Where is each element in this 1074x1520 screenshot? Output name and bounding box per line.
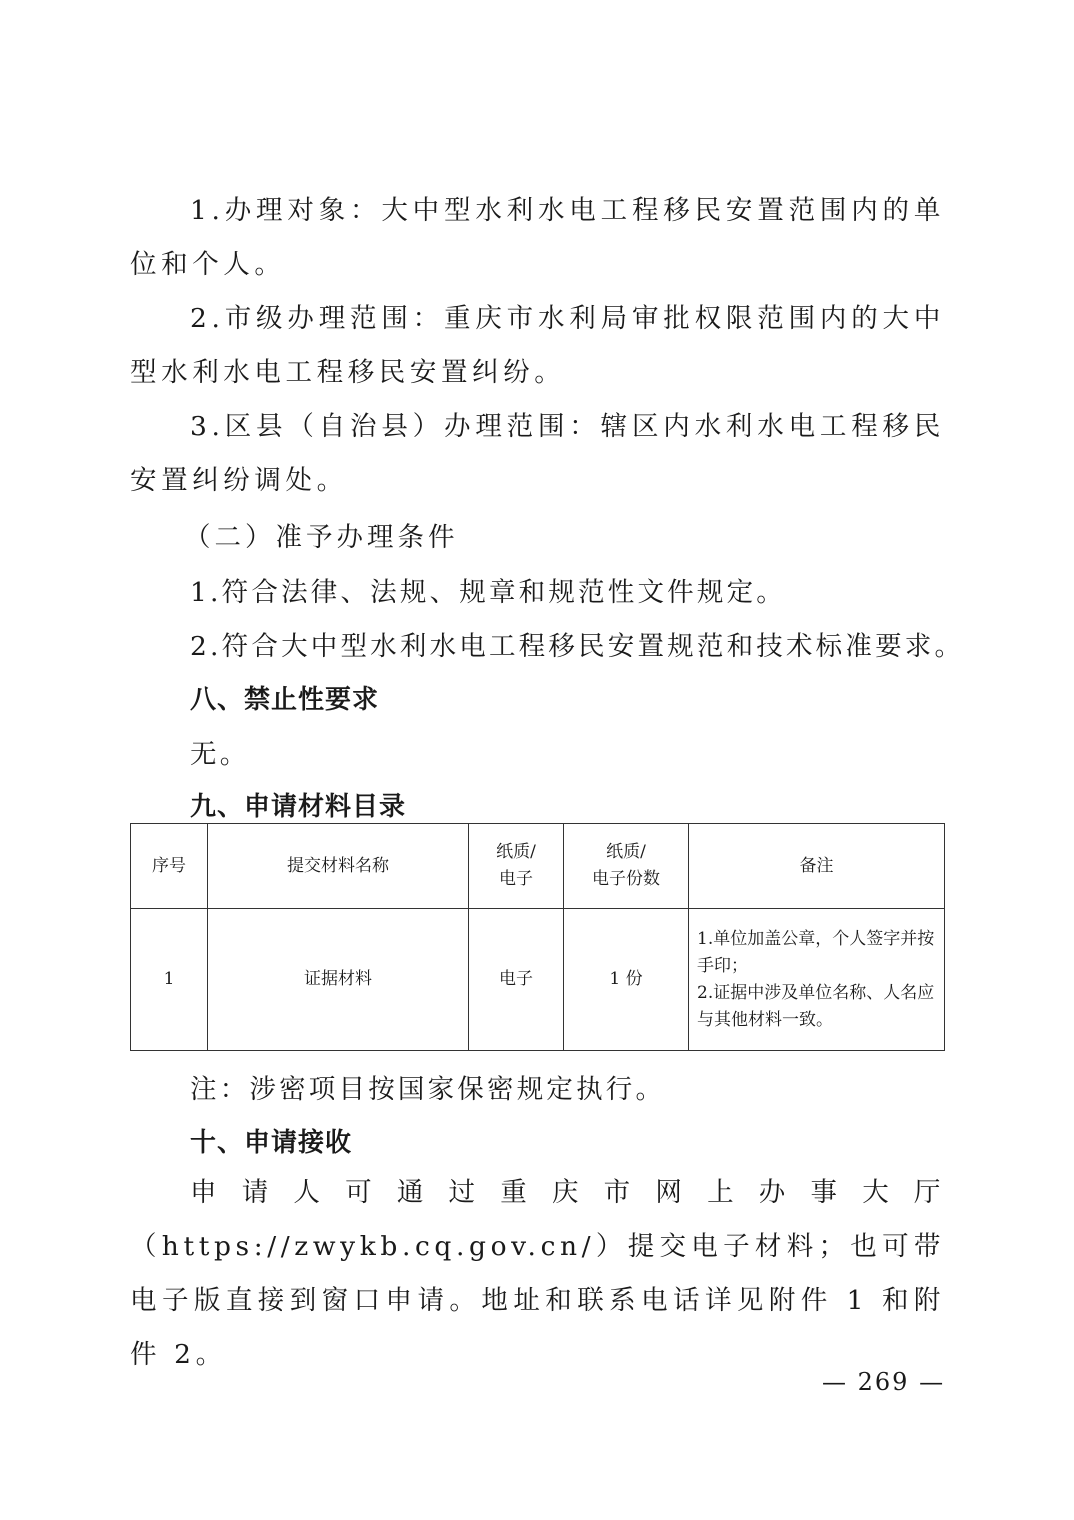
section10-content: 申请人可通过重庆市网上办事大厅（https://zwykb.cq.gov.cn/… bbox=[130, 1166, 945, 1382]
header-name: 提交材料名称 bbox=[208, 824, 469, 909]
cell-type: 电子 bbox=[469, 909, 564, 1051]
remark-line-2: 2.证据中涉及单位名称、人名应与其他材料一致。 bbox=[697, 980, 938, 1034]
scope-item-2: 2.市级办理范围：重庆市水利局审批权限范围内的大中型水利水电工程移民安置纠纷。 bbox=[130, 292, 945, 400]
table-header-row: 序号 提交材料名称 纸质/ 电子 纸质/ 电子份数 备注 bbox=[131, 824, 945, 909]
header-copies: 纸质/ 电子份数 bbox=[564, 824, 689, 909]
header-type: 纸质/ 电子 bbox=[469, 824, 564, 909]
condition-1: 1.符合法律、法规、规章和规范性文件规定。 bbox=[190, 570, 786, 609]
section8-content: 无。 bbox=[190, 732, 249, 771]
conditions-title: （二）准予办理条件 bbox=[184, 515, 459, 554]
header-remark: 备注 bbox=[689, 824, 945, 909]
page-number: — 269 — bbox=[822, 1368, 945, 1396]
section9-title: 九、申请材料目录 bbox=[190, 786, 406, 823]
scope-item-3: 3.区县（自治县）办理范围：辖区内水利水电工程移民安置纠纷调处。 bbox=[130, 400, 945, 508]
table-note: 注：涉密项目按国家保密规定执行。 bbox=[190, 1067, 665, 1106]
condition-2: 2.符合大中型水利水电工程移民安置规范和技术标准要求。 bbox=[190, 624, 964, 663]
scope-item-1: 1.办理对象：大中型水利水电工程移民安置范围内的单位和个人。 bbox=[130, 184, 945, 292]
table-row: 1 证据材料 电子 1 份 1.单位加盖公章，个人签字并按手印； 2.证据中涉及… bbox=[131, 909, 945, 1051]
materials-table: 序号 提交材料名称 纸质/ 电子 纸质/ 电子份数 备注 1 证据材料 电子 1… bbox=[130, 823, 945, 1051]
cell-remark: 1.单位加盖公章，个人签字并按手印； 2.证据中涉及单位名称、人名应与其他材料一… bbox=[689, 909, 945, 1051]
cell-no: 1 bbox=[131, 909, 208, 1051]
section8-title: 八、禁止性要求 bbox=[190, 679, 379, 716]
cell-name: 证据材料 bbox=[208, 909, 469, 1051]
remark-line-1: 1.单位加盖公章，个人签字并按手印； bbox=[697, 926, 938, 980]
header-no: 序号 bbox=[131, 824, 208, 909]
cell-copies: 1 份 bbox=[564, 909, 689, 1051]
section10-title: 十、申请接收 bbox=[190, 1122, 352, 1159]
